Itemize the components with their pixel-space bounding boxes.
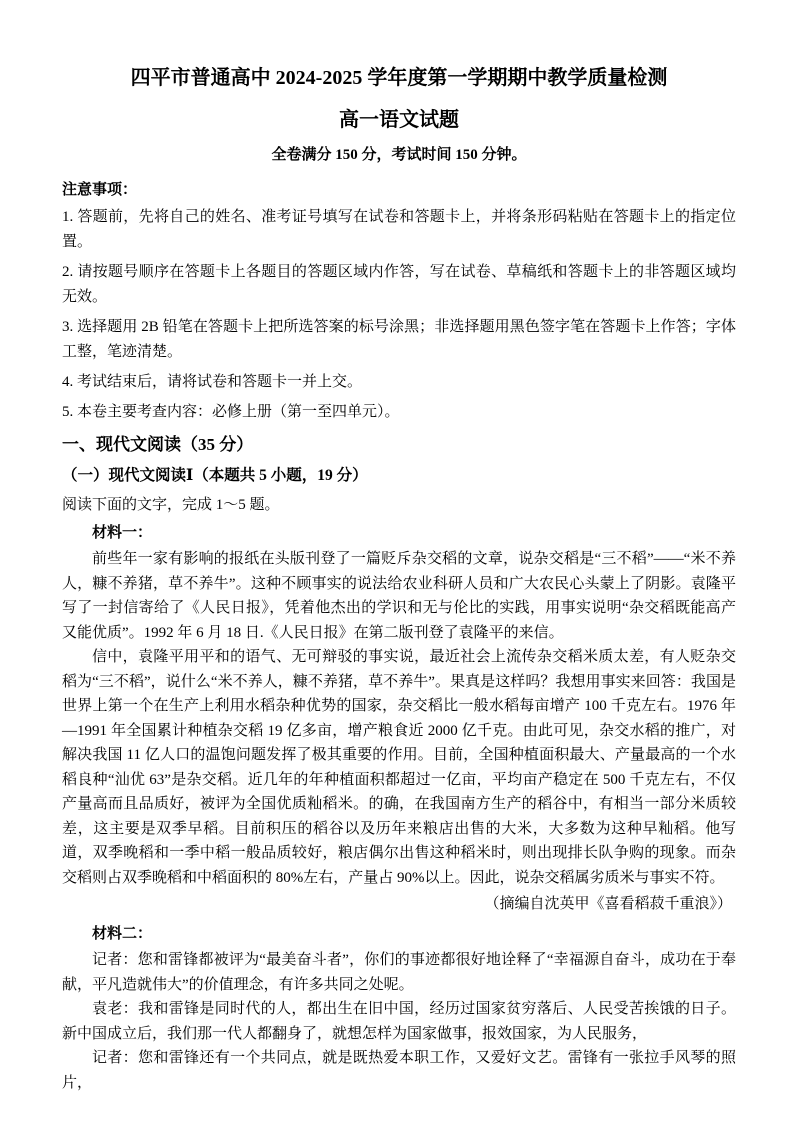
- reading-instruction: 阅读下面的文字，完成 1～5 题。: [62, 493, 736, 518]
- note-item-2: 2. 请按题号顺序在答题卡上各题目的答题区域内作答，写在试卷、草稿纸和答题卡上的…: [62, 260, 736, 310]
- material2-paragraph-3: 记者：您和雷锋还有一个共同点，就是既热爱本职工作，又爱好文艺。雷锋有一张拉手风琴…: [62, 1046, 736, 1095]
- note-item-1: 1. 答题前，先将自己的姓名、准考证号填写在试卷和答题卡上，并将条形码粘贴在答题…: [62, 205, 736, 255]
- note-item-3: 3. 选择题用 2B 铅笔在答题卡上把所选答案的标号涂黑；非选择题用黑色签字笔在…: [62, 315, 736, 365]
- subsection-heading-reading-1: （一）现代文阅读Ⅰ（本题共 5 小题，19 分）: [62, 463, 736, 488]
- notes-heading: 注意事项：: [62, 179, 736, 201]
- section-heading-modern-reading: 一、现代文阅读（35 分）: [62, 432, 736, 458]
- material1-paragraph-2: 信中，袁隆平用平和的语气、无可辩驳的事实说，最近社会上流传杂交稻米质太差，有人贬…: [62, 645, 736, 890]
- material2-paragraph-2: 袁老：我和雷锋是同时代的人，都出生在旧中国，经历过国家贫穷落后、人民受苦挨饿的日…: [62, 997, 736, 1046]
- material1-attribution: （摘编自沈英甲《喜看稻菽千重浪》）: [62, 892, 732, 916]
- material1-label: 材料一：: [62, 521, 736, 545]
- exam-title: 四平市普通高中 2024-2025 学年度第一学期期中教学质量检测: [62, 64, 736, 92]
- exam-subtitle: 高一语文试题: [62, 106, 736, 134]
- exam-paper-page: 四平市普通高中 2024-2025 学年度第一学期期中教学质量检测 高一语文试题…: [0, 0, 794, 1123]
- exam-info-line: 全卷满分 150 分，考试时间 150 分钟。: [62, 144, 736, 166]
- material2-label: 材料二：: [62, 922, 736, 946]
- material2-paragraph-1: 记者：您和雷锋都被评为“最美奋斗者”，你们的事迹都很好地诠释了“幸福源自奋斗，成…: [62, 948, 736, 997]
- note-item-4: 4. 考试结束后，请将试卷和答题卡一并上交。: [62, 370, 736, 395]
- note-item-5: 5. 本卷主要考查内容：必修上册（第一至四单元）。: [62, 400, 736, 425]
- material1-paragraph-1: 前些年一家有影响的报纸在头版刊登了一篇贬斥杂交稻的文章，说杂交稻是“三不稻”——…: [62, 547, 736, 645]
